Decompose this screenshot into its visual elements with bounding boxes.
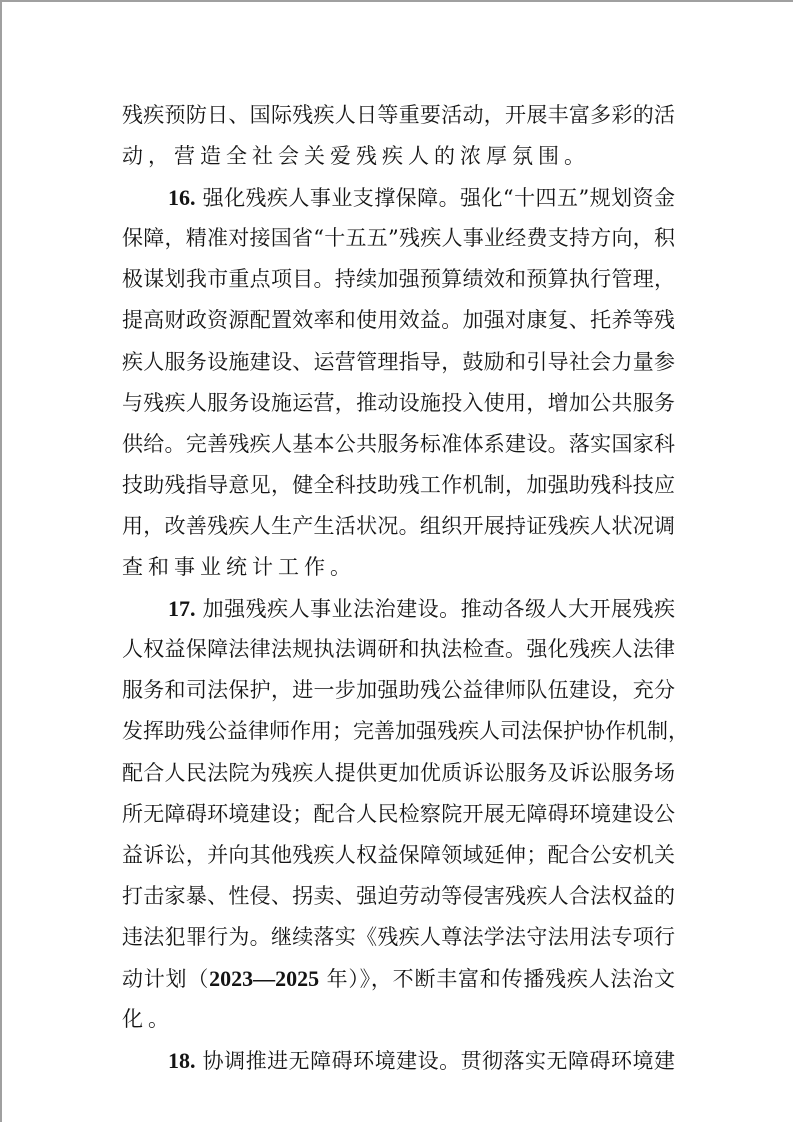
item-number-suffix: . [190, 185, 196, 210]
text-line: 提高财政资源配置效率和使用效益。加强对康复、托养等残 [122, 300, 675, 341]
item-number: 17 [168, 596, 190, 621]
item-number: 16 [168, 185, 190, 210]
text-run: 年）》，不断丰富和传播残疾人法治文 [327, 967, 675, 991]
paragraph-18: 18. 协调推进无障碍环境建设。贯彻落实无障碍环境建 [122, 1040, 675, 1081]
text-line: 供给。完善残疾人基本公共服务标准体系建设。落实国家科 [122, 424, 675, 465]
text-run: 协调推进无障碍环境建设。贯彻落实无障碍环境建 [203, 1049, 675, 1073]
item-number-suffix: . [190, 596, 196, 621]
text-line: 与残疾人服务设施运营，推动设施投入使用，增加公共服务 [122, 383, 675, 424]
text-line: 化。 [122, 999, 675, 1040]
paragraph-15-tail: 残疾预防日、国际残疾人日等重要活动，开展丰富多彩的活 动，营造全社会关爱残疾人的… [122, 95, 675, 177]
text-run: 加强残疾人事业法治建设。推动各级人大开展残疾 [203, 597, 675, 621]
text-line: 技助残指导意见，健全科技助残工作机制，加强助残科技应 [122, 465, 675, 506]
year-range: 2023—2025 [209, 966, 319, 991]
document-body: 残疾预防日、国际残疾人日等重要活动，开展丰富多彩的活 动，营造全社会关爱残疾人的… [122, 95, 675, 1081]
document-page: 残疾预防日、国际残疾人日等重要活动，开展丰富多彩的活 动，营造全社会关爱残疾人的… [0, 0, 793, 1122]
text-line: 配合人民法院为残疾人提供更加优质诉讼服务及诉讼服务场 [122, 753, 675, 794]
text-line: 打击家暴、性侵、拐卖、强迫劳动等侵害残疾人合法权益的 [122, 876, 675, 917]
text-line: 保障，精准对接国省“十五五”残疾人事业经费支持方向，积 [122, 218, 675, 259]
item-number: 18 [168, 1048, 190, 1073]
item-number-suffix: . [190, 1048, 196, 1073]
text-run: 强化残疾人事业支撑保障。强化“十四五”规划资金 [203, 186, 675, 210]
text-line: 所无障碍环境建设；配合人民检察院开展无障碍环境建设公 [122, 794, 675, 835]
text-line: 违法犯罪行为。继续落实《残疾人尊法学法守法用法专项行 [122, 917, 675, 958]
text-line: 用，改善残疾人生产生活状况。组织开展持证残疾人状况调 [122, 506, 675, 547]
text-line: 动，营造全社会关爱残疾人的浓厚氛围。 [122, 136, 675, 177]
text-line: 残疾预防日、国际残疾人日等重要活动，开展丰富多彩的活 [122, 95, 675, 136]
text-line: 发挥助残公益律师作用；完善加强残疾人司法保护协作机制， [122, 711, 675, 752]
text-line: 极谋划我市重点项目。持续加强预算绩效和预算执行管理， [122, 259, 675, 300]
text-line: 人权益保障法律法规执法调研和执法检查。强化残疾人法律 [122, 629, 675, 670]
text-run: 动计划（ [122, 967, 209, 991]
text-line: 查和事业统计工作。 [122, 547, 675, 588]
paragraph-17: 17. 加强残疾人事业法治建设。推动各级人大开展残疾 人权益保障法律法规执法调研… [122, 588, 675, 1040]
text-line: 疾人服务设施建设、运营管理指导，鼓励和引导社会力量参 [122, 342, 675, 383]
text-line: 益诉讼，并向其他残疾人权益保障领域延伸；配合公安机关 [122, 835, 675, 876]
paragraph-heading-line: 18. 协调推进无障碍环境建设。贯彻落实无障碍环境建 [122, 1040, 675, 1081]
text-line-with-years: 动计划（2023—2025 年）》，不断丰富和传播残疾人法治文 [122, 958, 675, 999]
paragraph-heading-line: 16. 强化残疾人事业支撑保障。强化“十四五”规划资金 [122, 177, 675, 218]
paragraph-heading-line: 17. 加强残疾人事业法治建设。推动各级人大开展残疾 [122, 588, 675, 629]
paragraph-16: 16. 强化残疾人事业支撑保障。强化“十四五”规划资金 保障，精准对接国省“十五… [122, 177, 675, 588]
text-line: 服务和司法保护，进一步加强助残公益律师队伍建设，充分 [122, 670, 675, 711]
